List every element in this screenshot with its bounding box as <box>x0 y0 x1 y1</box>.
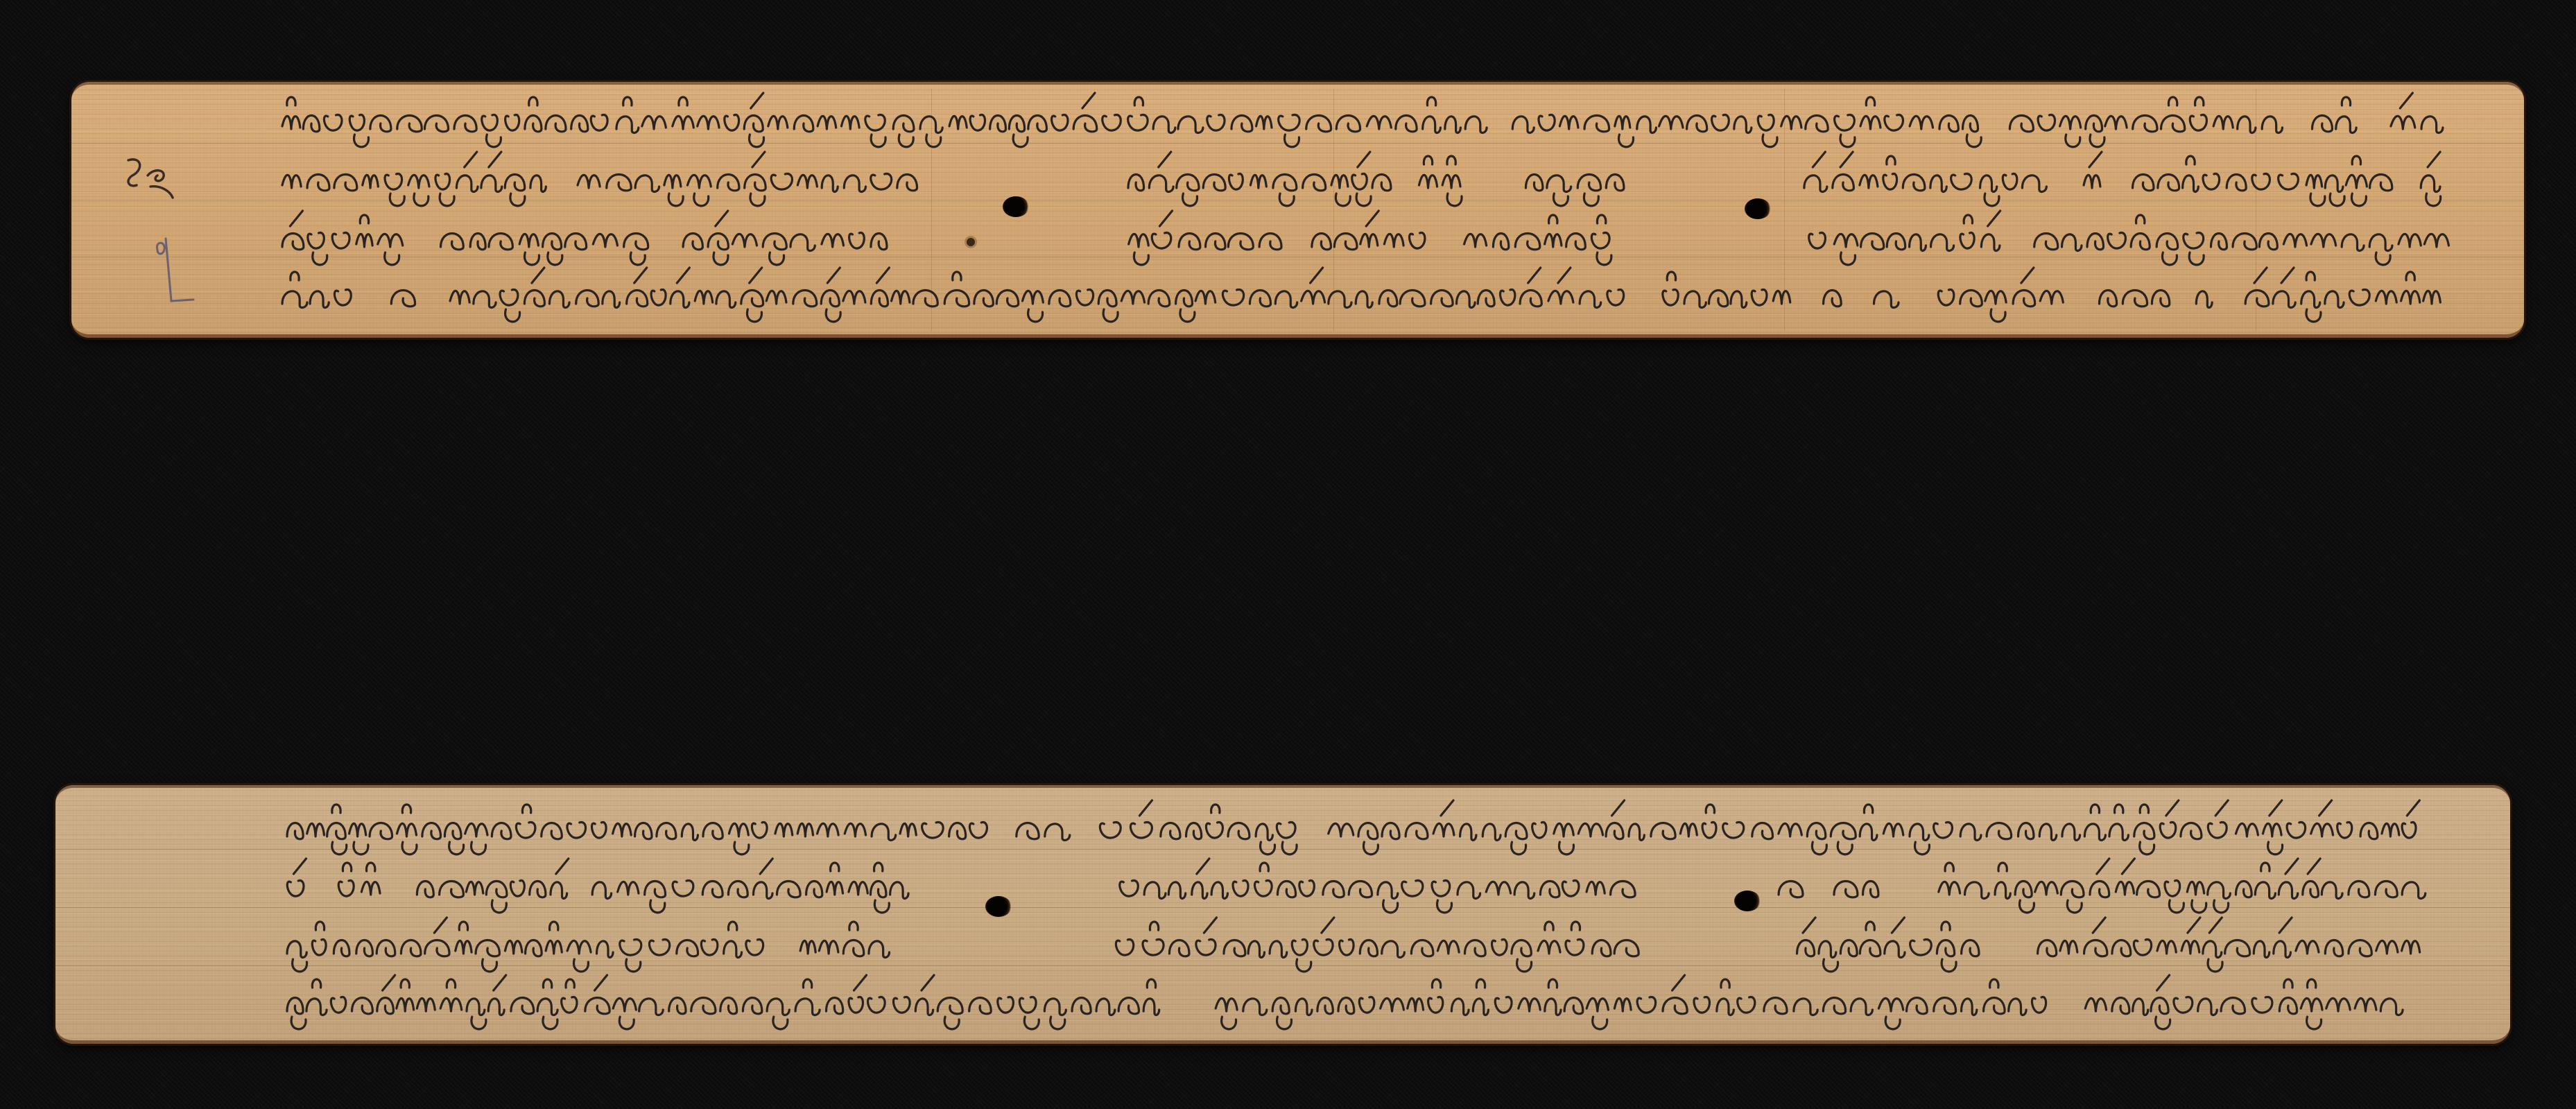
palm-leaf-top: Balinese marginal page numeral (ink) Bal… <box>71 82 2524 338</box>
balinese-script-stroke <box>284 920 2427 976</box>
balinese-script-stroke <box>279 214 2450 269</box>
balinese-script-stroke <box>279 96 2450 151</box>
palm-leaf-bottom: Line 1: Balinese script, continuous acro… <box>55 785 2510 1044</box>
text-line-2: Line 2: Balinese script in three blocks … <box>284 861 2427 917</box>
balinese-script-stroke <box>284 803 2427 859</box>
text-line-3: Line 3: Balinese script in three blocks … <box>284 920 2427 976</box>
text-line-4: Line 4: Balinese script, continuous acro… <box>284 978 2427 1033</box>
text-line-4: Line 4: Balinese script, continuous acro… <box>279 270 2450 326</box>
text-line-1: Line 1: Balinese script, continuous acro… <box>279 96 2450 151</box>
text-line-2: Line 2: Balinese script in three blocks … <box>279 155 2450 210</box>
text-line-1: Line 1: Balinese script, continuous acro… <box>284 803 2427 859</box>
page-numeral-pencil: Balinese marginal page numeral (pencil) <box>148 234 203 311</box>
page-numeral-ink: Balinese marginal page numeral (ink) <box>121 155 184 203</box>
balinese-script-stroke <box>284 978 2427 1033</box>
balinese-script-stroke <box>279 270 2450 326</box>
balinese-script-stroke <box>284 861 2427 917</box>
balinese-script-stroke <box>279 155 2450 210</box>
text-line-3: Line 3: Balinese script in three blocks … <box>279 214 2450 269</box>
